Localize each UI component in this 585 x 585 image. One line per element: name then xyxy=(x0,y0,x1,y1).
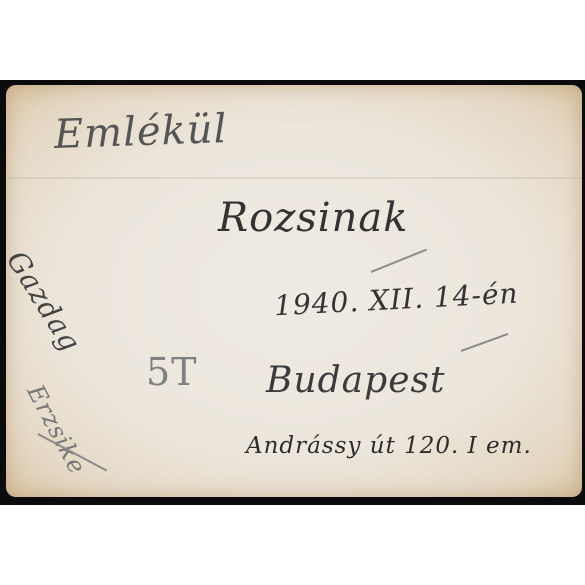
inscription-side-surname: Gazdag xyxy=(6,245,88,358)
inscription-date: 1940. XII. 14-én xyxy=(273,277,519,323)
inscription-address: Andrássy út 120. I em. xyxy=(246,433,532,459)
inscription-side-firstname: Erzsike xyxy=(21,380,91,479)
inscription-emlekul: Emlékül xyxy=(53,106,228,158)
crease-line xyxy=(6,177,582,179)
inscription-name: Rozsinak xyxy=(218,195,408,241)
underline-stroke xyxy=(371,249,427,273)
underline-stroke xyxy=(461,333,508,352)
photo-card-back: Emlékül Rozsinak 1940. XII. 14-én Budape… xyxy=(6,85,582,497)
pencil-mark: 5T xyxy=(146,350,198,394)
inscription-city: Budapest xyxy=(266,360,445,401)
